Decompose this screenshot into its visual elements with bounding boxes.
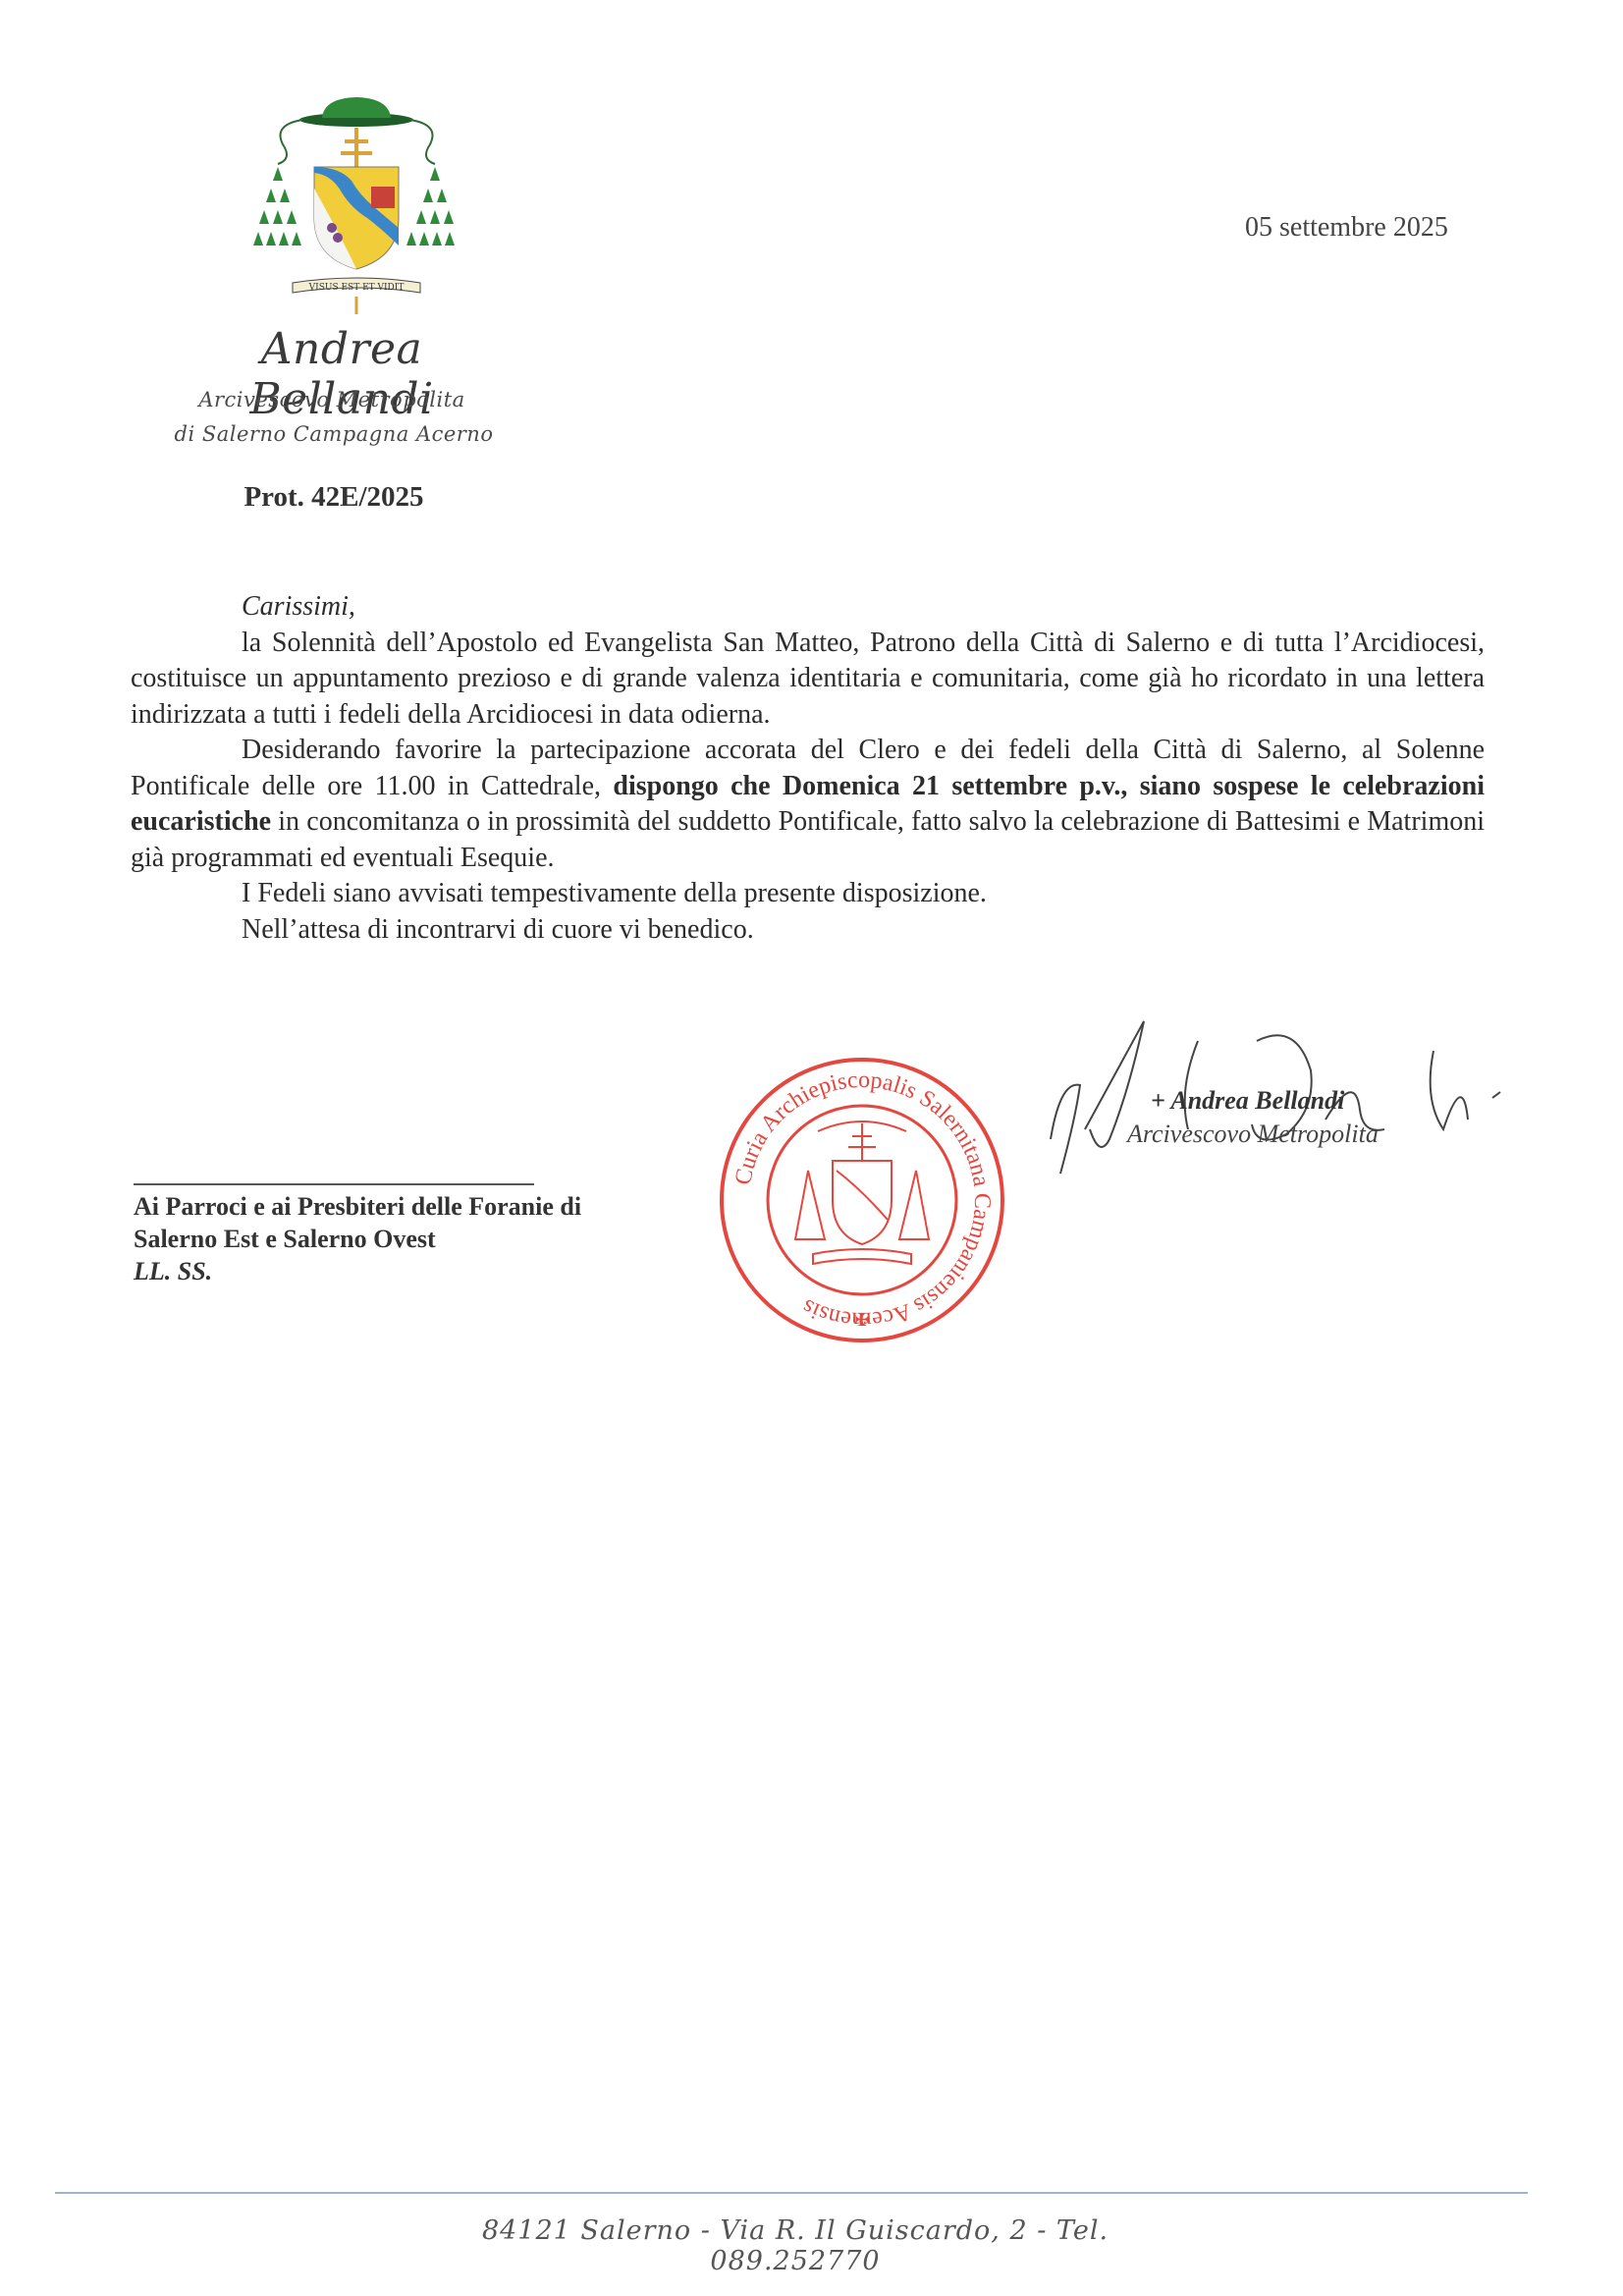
- svg-text:VISUS EST ET VIDIT: VISUS EST ET VIDIT: [308, 283, 405, 293]
- recipients-divider: [134, 1183, 534, 1185]
- official-stamp-icon: Curia Archiepiscopalis Salernitana Campa…: [715, 1053, 1009, 1347]
- paragraph-1: la Solennità dell’Apostolo ed Evangelist…: [131, 626, 1485, 734]
- letter-body: Carissimi, la Solennità dell’Apostolo ed…: [242, 589, 1485, 948]
- footer-address: 84121 Salerno - Via R. Il Guiscardo, 2 -…: [432, 2215, 1159, 2276]
- paragraph-2-conclusion: in concomitanza o in prossimità del sudd…: [131, 806, 1485, 873]
- recipients-block: Ai Parroci e ai Presbiteri delle Foranie…: [134, 1190, 581, 1287]
- signature-role: Arcivescovo Metropolita: [1127, 1120, 1379, 1149]
- footer-divider: [55, 2192, 1528, 2194]
- recipients-line-1: Ai Parroci e ai Presbiteri delle Foranie…: [134, 1190, 581, 1223]
- recipients-line-3: LL. SS.: [134, 1255, 581, 1287]
- paragraph-2: Desiderando favorire la partecipazione a…: [131, 733, 1485, 876]
- letterhead-title-line1: Arcivescovo Metropolita: [165, 388, 499, 411]
- letter-date: 05 settembre 2025: [1245, 212, 1448, 244]
- paragraph-4: Nell’attesa di incontrarvi di cuore vi b…: [131, 912, 1485, 949]
- protocol-number: Prot. 42E/2025: [196, 481, 471, 514]
- svg-text:✠: ✠: [854, 1310, 869, 1330]
- recipients-line-2: Salerno Est e Salerno Ovest: [134, 1223, 581, 1255]
- paragraph-3: I Fedeli siano avvisati tempestivamente …: [131, 876, 1485, 912]
- signature-name: + Andrea Bellandi: [1151, 1086, 1344, 1116]
- salutation: Carissimi,: [242, 589, 1485, 626]
- letterhead-title-line2: di Salerno Campagna Acerno: [137, 422, 530, 446]
- coat-of-arms-icon: VISUS EST ET VIDIT: [253, 90, 460, 316]
